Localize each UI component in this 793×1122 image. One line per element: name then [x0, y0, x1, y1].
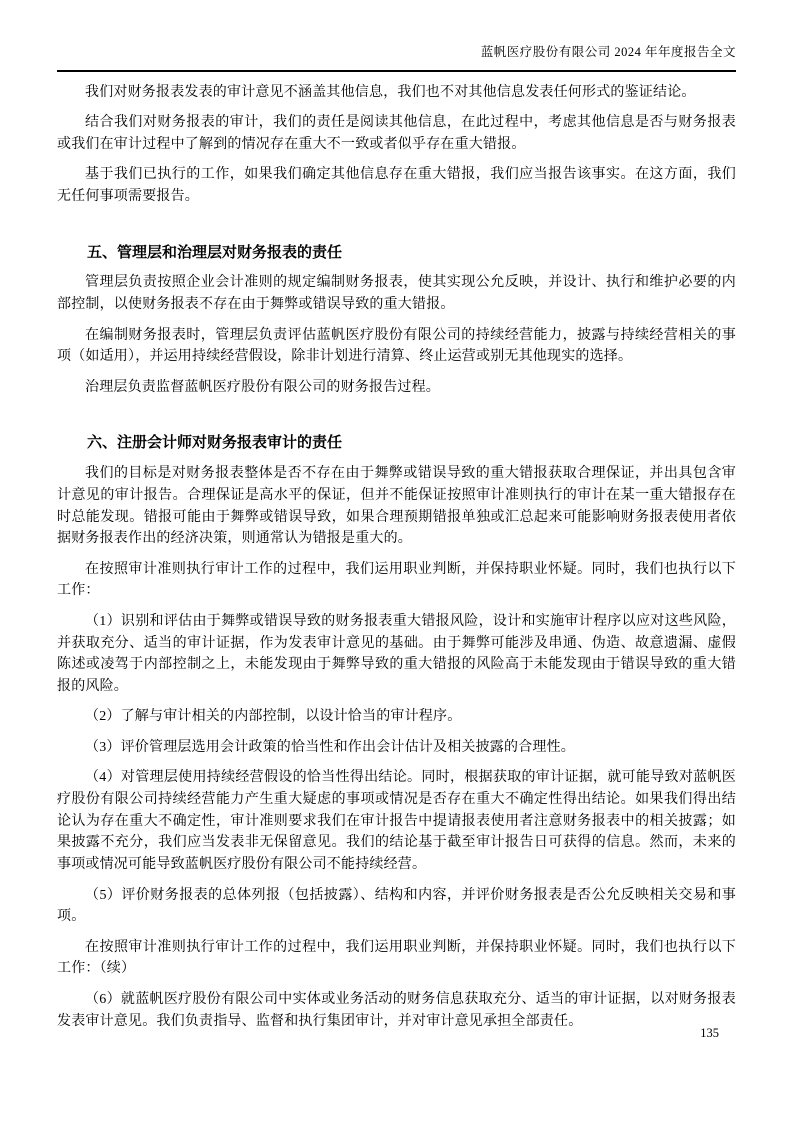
- list-item-1: （1）识别和评估由于舞弊或错误导致的财务报表重大错报风险，设计和实施审计程序以应…: [57, 611, 736, 698]
- document-body: 我们对财务报表发表的审计意见不涵盖其他信息，我们也不对其他信息发表任何形式的鉴证…: [57, 82, 736, 1032]
- list-item-3: （3）评价管理层选用会计政策的恰当性和作出会计估计及相关披露的合理性。: [57, 737, 736, 759]
- paragraph: 我们对财务报表发表的审计意见不涵盖其他信息，我们也不对其他信息发表任何形式的鉴证…: [57, 82, 736, 104]
- paragraph: 治理层负责监督蓝帆医疗股份有限公司的财务报告过程。: [57, 377, 736, 399]
- page-number: 135: [700, 1026, 719, 1041]
- section-heading-5: 五、管理层和治理层对财务报表的责任: [57, 242, 736, 264]
- paragraph: 结合我们对财务报表的审计，我们的责任是阅读其他信息，在此过程中，考虑其他信息是否…: [57, 112, 736, 156]
- paragraph: 在按照审计准则执行审计工作的过程中，我们运用职业判断，并保持职业怀疑。同时，我们…: [57, 559, 736, 603]
- paragraph: 在按照审计准则执行审计工作的过程中，我们运用职业判断，并保持职业怀疑。同时，我们…: [57, 937, 736, 981]
- list-item-6: （6）就蓝帆医疗股份有限公司中实体或业务活动的财务信息获取充分、适当的审计证据，…: [57, 989, 736, 1033]
- list-item-2: （2）了解与审计相关的内部控制，以设计恰当的审计程序。: [57, 706, 736, 728]
- paragraph: 管理层负责按照企业会计准则的规定编制财务报表，使其实现公允反映，并设计、执行和维…: [57, 272, 736, 316]
- paragraph: 在编制财务报表时，管理层负责评估蓝帆医疗股份有限公司的持续经营能力，披露与持续经…: [57, 325, 736, 369]
- list-item-4: （4）对管理层使用持续经营假设的恰当性得出结论。同时，根据获取的审计证据，就可能…: [57, 767, 736, 876]
- page-header: 蓝帆医疗股份有限公司 2024 年年度报告全文: [57, 44, 736, 72]
- paragraph: 我们的目标是对财务报表整体是否不存在由于舞弊或错误导致的重大错报获取合理保证，并…: [57, 463, 736, 550]
- section-heading-6: 六、注册会计师对财务报表审计的责任: [57, 432, 736, 454]
- paragraph: 基于我们已执行的工作，如果我们确定其他信息存在重大错报，我们应当报告该事实。在这…: [57, 164, 736, 208]
- list-item-5: （5）评价财务报表的总体列报（包括披露）、结构和内容，并评价财务报表是否公允反映…: [57, 885, 736, 929]
- report-title: 蓝帆医疗股份有限公司 2024 年年度报告全文: [481, 45, 736, 59]
- document-page: 蓝帆医疗股份有限公司 2024 年年度报告全文 我们对财务报表发表的审计意见不涵…: [0, 0, 793, 1122]
